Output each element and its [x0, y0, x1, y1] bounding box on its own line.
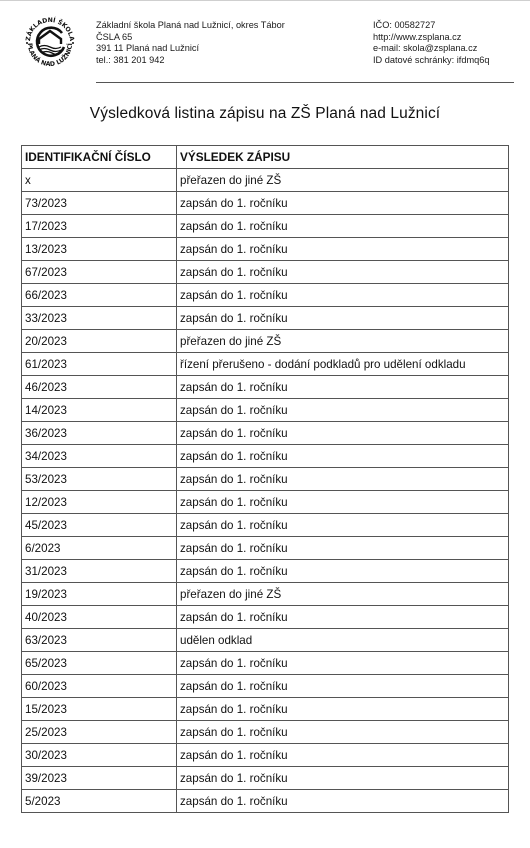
cell-id: 66/2023: [22, 284, 177, 307]
cell-result: zapsán do 1. ročníku: [177, 514, 509, 537]
cell-id: 61/2023: [22, 353, 177, 376]
contact-ico: IČO: 00582727: [373, 20, 489, 32]
table-row: 13/2023zapsán do 1. ročníku: [22, 238, 509, 261]
table-row: 14/2023zapsán do 1. ročníku: [22, 399, 509, 422]
table-row: 36/2023zapsán do 1. ročníku: [22, 422, 509, 445]
cell-result: zapsán do 1. ročníku: [177, 721, 509, 744]
table-row: 73/2023zapsán do 1. ročníku: [22, 192, 509, 215]
table-row: 61/2023řízení přerušeno - dodání podklad…: [22, 353, 509, 376]
cell-result: zapsán do 1. ročníku: [177, 445, 509, 468]
table-row: 40/2023zapsán do 1. ročníku: [22, 606, 509, 629]
table-row: 19/2023přeřazen do jiné ZŠ: [22, 583, 509, 606]
cell-id: 36/2023: [22, 422, 177, 445]
column-header-result: VÝSLEDEK ZÁPISU: [177, 146, 509, 169]
table-row: 25/2023zapsán do 1. ročníku: [22, 721, 509, 744]
cell-id: 6/2023: [22, 537, 177, 560]
cell-result: zapsán do 1. ročníku: [177, 307, 509, 330]
cell-result: zapsán do 1. ročníku: [177, 560, 509, 583]
cell-id: 20/2023: [22, 330, 177, 353]
address-line: Základní škola Planá nad Lužnicí, okres …: [96, 20, 285, 32]
cell-result: zapsán do 1. ročníku: [177, 238, 509, 261]
cell-id: 34/2023: [22, 445, 177, 468]
table-row: 66/2023zapsán do 1. ročníku: [22, 284, 509, 307]
cell-id: 12/2023: [22, 491, 177, 514]
table-row: 31/2023zapsán do 1. ročníku: [22, 560, 509, 583]
cell-id: x: [22, 169, 177, 192]
cell-result: zapsán do 1. ročníku: [177, 376, 509, 399]
contact-databox-id: ID datové schránky: ifdmq6q: [373, 55, 489, 67]
cell-result: zapsán do 1. ročníku: [177, 652, 509, 675]
cell-result: zapsán do 1. ročníku: [177, 468, 509, 491]
cell-id: 45/2023: [22, 514, 177, 537]
school-contact: IČO: 00582727 http://www.zsplana.cz e-ma…: [373, 20, 489, 66]
cell-id: 31/2023: [22, 560, 177, 583]
table-row: 60/2023zapsán do 1. ročníku: [22, 675, 509, 698]
cell-id: 25/2023: [22, 721, 177, 744]
cell-result: zapsán do 1. ročníku: [177, 767, 509, 790]
cell-result: zapsán do 1. ročníku: [177, 675, 509, 698]
table-row: 33/2023zapsán do 1. ročníku: [22, 307, 509, 330]
document-title: Výsledková listina zápisu na ZŠ Planá na…: [0, 105, 530, 123]
cell-id: 30/2023: [22, 744, 177, 767]
table-row: 15/2023zapsán do 1. ročníku: [22, 698, 509, 721]
cell-id: 65/2023: [22, 652, 177, 675]
cell-result: zapsán do 1. ročníku: [177, 698, 509, 721]
school-emblem-icon: ZÁKLADNÍ ŠKOLA PLANÁ NAD LUŽNICÍ: [22, 14, 78, 70]
cell-result: zapsán do 1. ročníku: [177, 399, 509, 422]
cell-id: 14/2023: [22, 399, 177, 422]
table-header-row: IDENTIFIKAČNÍ ČÍSLO VÝSLEDEK ZÁPISU: [22, 146, 509, 169]
cell-result: přeřazen do jiné ZŠ: [177, 169, 509, 192]
table-row: 12/2023zapsán do 1. ročníku: [22, 491, 509, 514]
cell-id: 40/2023: [22, 606, 177, 629]
address-line: ČSLA 65: [96, 32, 285, 44]
cell-result: přeřazen do jiné ZŠ: [177, 583, 509, 606]
cell-result: zapsán do 1. ročníku: [177, 744, 509, 767]
table-row: 53/2023zapsán do 1. ročníku: [22, 468, 509, 491]
cell-result: řízení přerušeno - dodání podkladů pro u…: [177, 353, 509, 376]
school-address: Základní škola Planá nad Lužnicí, okres …: [96, 20, 285, 66]
cell-id: 63/2023: [22, 629, 177, 652]
table-row: 5/2023zapsán do 1. ročníku: [22, 790, 509, 813]
cell-id: 13/2023: [22, 238, 177, 261]
table-row: 20/2023přeřazen do jiné ZŠ: [22, 330, 509, 353]
contact-website: http://www.zsplana.cz: [373, 32, 489, 44]
cell-id: 33/2023: [22, 307, 177, 330]
cell-id: 73/2023: [22, 192, 177, 215]
table-row: 45/2023zapsán do 1. ročníku: [22, 514, 509, 537]
table-row: 65/2023zapsán do 1. ročníku: [22, 652, 509, 675]
cell-result: zapsán do 1. ročníku: [177, 422, 509, 445]
page-top-edge: [0, 0, 530, 1]
cell-result: zapsán do 1. ročníku: [177, 537, 509, 560]
table-row: 30/2023zapsán do 1. ročníku: [22, 744, 509, 767]
cell-id: 15/2023: [22, 698, 177, 721]
cell-id: 17/2023: [22, 215, 177, 238]
column-header-id: IDENTIFIKAČNÍ ČÍSLO: [22, 146, 177, 169]
cell-id: 19/2023: [22, 583, 177, 606]
cell-id: 46/2023: [22, 376, 177, 399]
cell-result: zapsán do 1. ročníku: [177, 261, 509, 284]
cell-id: 53/2023: [22, 468, 177, 491]
cell-result: zapsán do 1. ročníku: [177, 215, 509, 238]
table-row: 17/2023zapsán do 1. ročníku: [22, 215, 509, 238]
table-row: 67/2023zapsán do 1. ročníku: [22, 261, 509, 284]
table-row: 6/2023zapsán do 1. ročníku: [22, 537, 509, 560]
table-row: 34/2023zapsán do 1. ročníku: [22, 445, 509, 468]
table-row: xpřeřazen do jiné ZŠ: [22, 169, 509, 192]
cell-result: zapsán do 1. ročníku: [177, 284, 509, 307]
cell-id: 67/2023: [22, 261, 177, 284]
cell-result: zapsán do 1. ročníku: [177, 790, 509, 813]
address-line: tel.: 381 201 942: [96, 55, 285, 67]
cell-id: 5/2023: [22, 790, 177, 813]
cell-result: zapsán do 1. ročníku: [177, 192, 509, 215]
cell-result: přeřazen do jiné ZŠ: [177, 330, 509, 353]
cell-result: zapsán do 1. ročníku: [177, 491, 509, 514]
address-line: 391 11 Planá nad Lužnicí: [96, 43, 285, 55]
table-row: 46/2023zapsán do 1. ročníku: [22, 376, 509, 399]
contact-email: e-mail: skola@zsplana.cz: [373, 43, 489, 55]
letterhead-divider: [96, 82, 514, 83]
results-table: IDENTIFIKAČNÍ ČÍSLO VÝSLEDEK ZÁPISU xpře…: [21, 145, 509, 813]
cell-id: 60/2023: [22, 675, 177, 698]
cell-id: 39/2023: [22, 767, 177, 790]
table-row: 63/2023udělen odklad: [22, 629, 509, 652]
cell-result: zapsán do 1. ročníku: [177, 606, 509, 629]
table-row: 39/2023zapsán do 1. ročníku: [22, 767, 509, 790]
cell-result: udělen odklad: [177, 629, 509, 652]
